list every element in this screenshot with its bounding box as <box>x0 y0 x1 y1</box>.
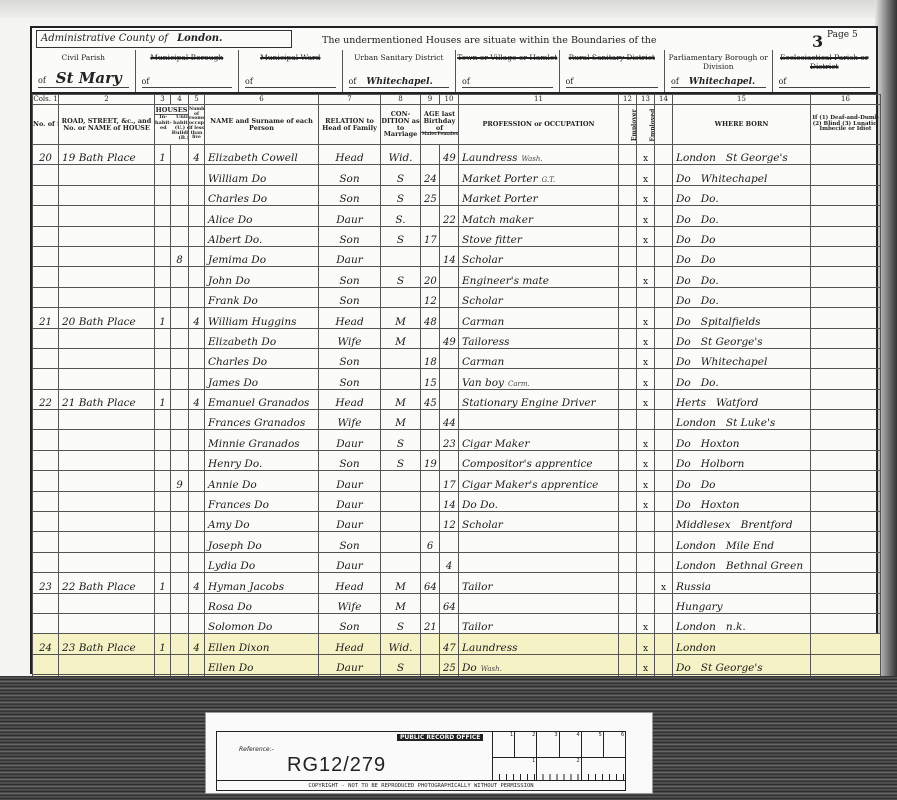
cell-relation: Head <box>319 573 381 593</box>
cell-infirmity <box>811 491 881 511</box>
cell-age-m <box>421 593 440 613</box>
header-field: Municipal Borough of <box>136 50 240 92</box>
born-county: Herts <box>676 397 706 409</box>
cell-address <box>59 185 155 205</box>
cell-infirmity <box>811 145 881 165</box>
occupation-text: Tailor <box>462 621 493 633</box>
cell-name: Albert Do. <box>205 226 319 246</box>
cell-rooms <box>189 430 205 450</box>
heading-where-born: WHERE BORN <box>673 105 811 145</box>
cell-address: 19 Bath Place <box>59 145 155 165</box>
ruler-bottom: 12 <box>493 758 625 780</box>
cell-inhabited: 1 <box>155 389 171 409</box>
occupation-text: Carman <box>462 316 504 328</box>
cell-employed <box>637 573 655 593</box>
table-row: 2423 Bath Place14Ellen DixonHeadWid.47La… <box>33 634 881 654</box>
header-field-value: Whitechapel. <box>366 77 432 87</box>
cell-condition <box>381 471 421 491</box>
cell-relation: Wife <box>319 410 381 430</box>
born-county: Do <box>676 193 691 205</box>
header-field-value: Whitechapel. <box>689 77 755 87</box>
cell-schedule <box>33 287 59 307</box>
cell-inhabited <box>155 471 171 491</box>
cell-rooms <box>189 491 205 511</box>
cell-infirmity <box>811 369 881 389</box>
cell-name: Ellen Dixon <box>205 634 319 654</box>
heading-road: ROAD, STREET, &c., and No. or NAME of HO… <box>59 105 155 145</box>
occupation-text: Stationary Engine Driver <box>462 397 596 409</box>
cell-employer <box>619 573 637 593</box>
cell-relation: Head <box>319 389 381 409</box>
cell-name: James Do <box>205 369 319 389</box>
cell-relation: Head <box>319 308 381 328</box>
born-county: London <box>676 560 716 572</box>
cell-employer <box>619 430 637 450</box>
cell-inhabited <box>155 246 171 266</box>
cell-age-m: 19 <box>421 450 440 470</box>
header-field-label: Rural Sanitary District <box>560 53 665 62</box>
cell-name: Lydia Do <box>205 552 319 572</box>
cell-infirmity <box>811 206 881 226</box>
heading-occupation: PROFESSION or OCCUPATION <box>459 105 619 145</box>
ruler-mark: 5 <box>582 732 604 757</box>
ruler-mark: 6 <box>604 732 625 757</box>
cell-uninhabited <box>171 593 189 613</box>
cell-neither <box>655 634 673 654</box>
cell-uninhabited <box>171 573 189 593</box>
cell-born: Do Do. <box>673 287 811 307</box>
cell-uninhabited <box>171 410 189 430</box>
cell-name: Jemima Do <box>205 246 319 266</box>
cell-employed: x <box>637 206 655 226</box>
cell-age-m: 15 <box>421 369 440 389</box>
cell-age-f: 4 <box>440 552 459 572</box>
born-county: Do <box>676 662 691 674</box>
born-place: Whitechapel <box>701 173 768 185</box>
column-number: 13 <box>637 95 655 105</box>
census-page: Administrative County of London. The und… <box>30 26 878 674</box>
column-number: 8 <box>381 95 421 105</box>
cell-age-f <box>440 165 459 185</box>
cell-occupation: Cigar Maker <box>459 430 619 450</box>
cell-occupation: Market PorterG.T. <box>459 165 619 185</box>
born-place: St George's <box>701 662 763 674</box>
occupation-text: Scholar <box>462 519 503 531</box>
cell-relation: Son <box>319 185 381 205</box>
cell-uninhabited <box>171 145 189 165</box>
cell-age-f <box>440 532 459 552</box>
cell-rooms <box>189 246 205 266</box>
cell-age-m: 64 <box>421 573 440 593</box>
cell-age-m: 12 <box>421 287 440 307</box>
administrative-county-value: London. <box>177 33 222 44</box>
reference-card: PUBLIC RECORD OFFICE Reference:- RG12/27… <box>205 712 653 794</box>
heading-rooms: Number of rooms occupied if less than fi… <box>189 105 205 145</box>
cell-infirmity <box>811 308 881 328</box>
cell-address <box>59 430 155 450</box>
cell-condition: S <box>381 185 421 205</box>
header-field-line: of <box>779 77 871 88</box>
cell-infirmity <box>811 552 881 572</box>
cell-address <box>59 471 155 491</box>
cell-employed: x <box>637 430 655 450</box>
cell-neither <box>655 246 673 266</box>
cell-age-f: 23 <box>440 430 459 450</box>
cell-age-f <box>440 613 459 633</box>
cell-condition: S <box>381 613 421 633</box>
born-place: St George's <box>726 152 788 164</box>
table-row: Charles DoSon18CarmanxDo Whitechapel <box>33 348 881 368</box>
cell-occupation: Carman <box>459 308 619 328</box>
cell-schedule <box>33 450 59 470</box>
occupation-note: G.T. <box>542 176 555 184</box>
cell-employer <box>619 654 637 674</box>
cell-rooms <box>189 328 205 348</box>
cell-occupation: Tailor <box>459 573 619 593</box>
born-place: Mile End <box>726 540 774 552</box>
cell-employed: x <box>637 328 655 348</box>
column-number: 7 <box>319 95 381 105</box>
cell-neither <box>655 430 673 450</box>
occupation-text: Do <box>462 662 477 674</box>
cell-relation: Daur <box>319 246 381 266</box>
cell-uninhabited <box>171 226 189 246</box>
cell-schedule: 22 <box>33 389 59 409</box>
born-county: Do <box>676 499 691 511</box>
header-field-label: Parliamentary Borough or Division <box>665 53 771 71</box>
cell-rooms <box>189 348 205 368</box>
cell-neither <box>655 471 673 491</box>
cell-uninhabited <box>171 512 189 532</box>
cell-name: Rosa Do <box>205 593 319 613</box>
cell-infirmity <box>811 246 881 266</box>
cell-schedule <box>33 267 59 287</box>
cell-relation: Head <box>319 145 381 165</box>
cell-employer <box>619 471 637 491</box>
born-place: St Luke's <box>726 417 775 429</box>
ruler-mark: 3 <box>537 732 559 757</box>
born-place: Hoxton <box>701 499 740 511</box>
cell-age-m: 48 <box>421 308 440 328</box>
cell-uninhabited <box>171 287 189 307</box>
born-place: Do <box>701 254 716 266</box>
table-row: 2019 Bath Place14Elizabeth CowellHeadWid… <box>33 145 881 165</box>
cell-rooms <box>189 267 205 287</box>
heading-age: AGE last Birthday of Males Females <box>421 105 459 145</box>
cell-infirmity <box>811 593 881 613</box>
cell-name: Elizabeth Cowell <box>205 145 319 165</box>
cell-rooms: 4 <box>189 634 205 654</box>
born-county: London <box>676 417 716 429</box>
header-field-label: Urban Sanitary District <box>343 53 455 62</box>
cell-employer <box>619 246 637 266</box>
occupation-note: Wash. <box>522 155 543 163</box>
cell-uninhabited <box>171 654 189 674</box>
born-place: Bethnal Green <box>726 560 803 572</box>
occupation-text: Scholar <box>462 254 503 266</box>
cell-condition <box>381 512 421 532</box>
cell-relation: Daur <box>319 471 381 491</box>
page-number: Page 5 <box>827 30 858 40</box>
cell-address <box>59 532 155 552</box>
cell-age-m <box>421 430 440 450</box>
table-row: Lydia DoDaur4London Bethnal Green <box>33 552 881 572</box>
born-county: Do <box>676 336 691 348</box>
cell-employed: x <box>637 145 655 165</box>
header-row: Administrative County of London. The und… <box>32 28 876 50</box>
scan-edge-top <box>0 0 897 18</box>
cell-name: Emanuel Granados <box>205 389 319 409</box>
cell-age-m <box>421 654 440 674</box>
cell-born: Do Do <box>673 226 811 246</box>
occupation-note: Carm. <box>508 380 530 388</box>
cell-age-m <box>421 552 440 572</box>
cell-age-f: 49 <box>440 145 459 165</box>
table-row: James DoSon15Van boyCarm.xDo Do. <box>33 369 881 389</box>
cell-neither <box>655 348 673 368</box>
heading-employer-label: Employer <box>632 109 637 141</box>
cell-condition: S <box>381 226 421 246</box>
cell-occupation <box>459 552 619 572</box>
cell-uninhabited <box>171 532 189 552</box>
cell-condition <box>381 369 421 389</box>
cell-employer <box>619 267 637 287</box>
cell-age-f <box>440 369 459 389</box>
born-county: Do <box>676 438 691 450</box>
cell-condition <box>381 552 421 572</box>
cell-born: London Mile End <box>673 532 811 552</box>
cell-neither <box>655 206 673 226</box>
cell-age-f: 64 <box>440 593 459 613</box>
ruler-mark <box>582 758 625 780</box>
cell-neither <box>655 389 673 409</box>
born-county: Hungary <box>676 601 723 613</box>
cell-age-f: 22 <box>440 206 459 226</box>
born-county: Do <box>676 214 691 226</box>
cell-rooms <box>189 287 205 307</box>
column-number: Cols. 1 <box>33 95 59 105</box>
cell-born: London Bethnal Green <box>673 552 811 572</box>
cell-age-f <box>440 308 459 328</box>
cell-address: 21 Bath Place <box>59 389 155 409</box>
cell-address <box>59 491 155 511</box>
cell-name: Elizabeth Do <box>205 328 319 348</box>
cell-employed: x <box>637 471 655 491</box>
cell-uninhabited <box>171 308 189 328</box>
cell-schedule <box>33 185 59 205</box>
cell-relation: Son <box>319 226 381 246</box>
heading-employed-label: Employed <box>650 109 654 142</box>
header-field-line: of <box>462 77 553 88</box>
cell-employed <box>637 512 655 532</box>
cell-infirmity <box>811 328 881 348</box>
cell-uninhabited <box>171 369 189 389</box>
cell-uninhabited <box>171 450 189 470</box>
born-county: Do <box>676 295 691 307</box>
cell-address <box>59 512 155 532</box>
cell-age-m <box>421 328 440 348</box>
cell-age-f: 14 <box>440 246 459 266</box>
cell-age-f <box>440 226 459 246</box>
cell-employer <box>619 491 637 511</box>
born-place: n.k. <box>726 621 746 633</box>
cell-age-f: 12 <box>440 512 459 532</box>
cell-age-m: 21 <box>421 613 440 633</box>
occupation-text: Tailoress <box>462 336 510 348</box>
table-row: Amy DoDaur12ScholarMiddlesex Brentford <box>33 512 881 532</box>
cell-address <box>59 654 155 674</box>
cell-condition: Wid. <box>381 634 421 654</box>
cell-name: Annie Do <box>205 471 319 491</box>
cell-schedule <box>33 165 59 185</box>
born-county: London <box>676 540 716 552</box>
cell-age-f <box>440 287 459 307</box>
header-field-label: Municipal Ward <box>239 53 342 62</box>
cell-relation: Son <box>319 267 381 287</box>
cell-neither <box>655 287 673 307</box>
cell-rooms <box>189 593 205 613</box>
cell-neither <box>655 450 673 470</box>
cell-employer <box>619 145 637 165</box>
cell-condition: S. <box>381 206 421 226</box>
cell-name: Joseph Do <box>205 532 319 552</box>
column-number: 14 <box>655 95 673 105</box>
born-place: Watford <box>716 397 758 409</box>
cell-uninhabited <box>171 185 189 205</box>
cell-rooms <box>189 369 205 389</box>
table-row: Ellen DoDaurS25DoWash.xDo St George's <box>33 654 881 674</box>
born-place: Do. <box>701 275 719 287</box>
occupation-text: Market Porter <box>462 193 538 205</box>
heading-employer: Employer <box>619 105 637 145</box>
cell-neither <box>655 226 673 246</box>
cell-inhabited <box>155 410 171 430</box>
table-row: 2322 Bath Place14Hyman JacobsHeadM64Tail… <box>33 573 881 593</box>
header-field-line: of <box>566 77 659 88</box>
cell-rooms <box>189 450 205 470</box>
cell-born: Do Do <box>673 246 811 266</box>
cell-condition <box>381 348 421 368</box>
cell-born: Do Hoxton <box>673 430 811 450</box>
cell-inhabited <box>155 532 171 552</box>
cell-infirmity <box>811 471 881 491</box>
table-row: 2120 Bath Place14William HugginsHeadM48C… <box>33 308 881 328</box>
cell-age-f <box>440 267 459 287</box>
cell-address <box>59 450 155 470</box>
table-row: Solomon DoSonS21TailorxLondon n.k. <box>33 613 881 633</box>
born-county: Do <box>676 234 691 246</box>
born-county: Do <box>676 377 691 389</box>
cell-condition: M <box>381 308 421 328</box>
cell-name: Amy Do <box>205 512 319 532</box>
cell-condition: M <box>381 573 421 593</box>
cell-name: Frances Do <box>205 491 319 511</box>
cell-schedule <box>33 348 59 368</box>
header-fields: Civil Parish ofSt MaryMunicipal Borough … <box>32 50 876 94</box>
cell-relation: Daur <box>319 654 381 674</box>
cell-address <box>59 267 155 287</box>
cell-age-f: 49 <box>440 328 459 348</box>
header-field: Parliamentary Borough or Division ofWhit… <box>665 50 772 92</box>
cell-relation: Son <box>319 450 381 470</box>
cell-condition: S <box>381 165 421 185</box>
of-label: of <box>671 77 679 86</box>
heading-name: NAME and Surname of each Person <box>205 105 319 145</box>
cell-name: Charles Do <box>205 348 319 368</box>
cell-occupation: Scholar <box>459 512 619 532</box>
of-label: of <box>349 77 357 86</box>
born-place: Do <box>701 479 716 491</box>
cell-address <box>59 287 155 307</box>
cell-age-m: 6 <box>421 532 440 552</box>
cell-age-m: 20 <box>421 267 440 287</box>
column-number: 3 <box>155 95 171 105</box>
cell-occupation: Compositor's apprentice <box>459 450 619 470</box>
cell-inhabited <box>155 185 171 205</box>
cell-occupation: Scholar <box>459 246 619 266</box>
cell-employer <box>619 389 637 409</box>
cell-address <box>59 369 155 389</box>
cell-born: Do Do. <box>673 206 811 226</box>
born-place: Do. <box>701 193 719 205</box>
column-numbers: Cols. 12345678910111213141516 <box>33 95 881 105</box>
occupation-text: Tailor <box>462 581 493 593</box>
born-county: Do <box>676 316 691 328</box>
cell-born: London <box>673 634 811 654</box>
born-county: Do <box>676 458 691 470</box>
column-number: 4 <box>171 95 189 105</box>
cell-inhabited: 1 <box>155 308 171 328</box>
cell-condition <box>381 532 421 552</box>
cell-inhabited <box>155 450 171 470</box>
header-field-value: St Mary <box>56 69 122 87</box>
cell-infirmity <box>811 532 881 552</box>
cell-inhabited <box>155 165 171 185</box>
header-field-label: Ecclesiastical Parish or District <box>773 53 877 71</box>
cell-age-m <box>421 206 440 226</box>
cell-neither <box>655 593 673 613</box>
cell-age-m: 18 <box>421 348 440 368</box>
cell-schedule <box>33 246 59 266</box>
table-row: Alice DoDaurS.22Match makerxDo Do. <box>33 206 881 226</box>
ruler-mark: 4 <box>560 732 582 757</box>
header-field-label: Town or Village or Hamlet <box>456 53 559 62</box>
cell-inhabited <box>155 552 171 572</box>
header-field-line: of <box>245 77 336 88</box>
cell-inhabited <box>155 328 171 348</box>
cell-age-f <box>440 389 459 409</box>
table-row: Frances DoDaur14Do Do.xDo Hoxton <box>33 491 881 511</box>
born-county: Middlesex <box>676 519 731 531</box>
cell-employed: x <box>637 654 655 674</box>
cell-employer <box>619 185 637 205</box>
cell-rooms: 4 <box>189 389 205 409</box>
column-number: 9 <box>421 95 440 105</box>
cell-born: Do Do <box>673 471 811 491</box>
cell-employer <box>619 552 637 572</box>
occupation-note: Wash. <box>481 665 502 673</box>
cell-inhabited <box>155 430 171 450</box>
cell-infirmity <box>811 450 881 470</box>
cell-age-m: 45 <box>421 389 440 409</box>
cell-address <box>59 206 155 226</box>
cell-age-m <box>421 145 440 165</box>
cell-age-m <box>421 491 440 511</box>
cell-relation: Son <box>319 287 381 307</box>
cell-relation: Son <box>319 532 381 552</box>
cell-employer <box>619 206 637 226</box>
cell-born: Do Spitalfields <box>673 308 811 328</box>
